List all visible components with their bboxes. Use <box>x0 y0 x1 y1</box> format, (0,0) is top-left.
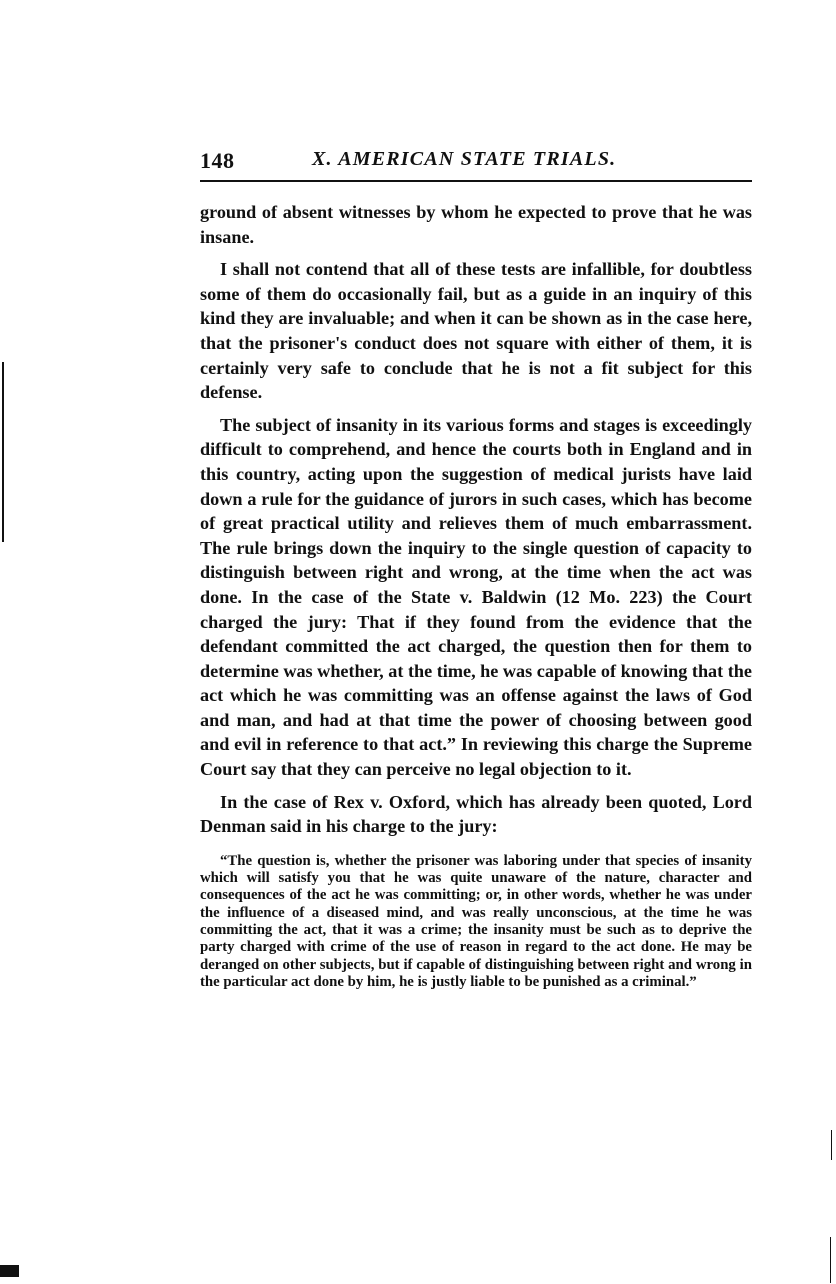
running-title: X. AMERICAN STATE TRIALS. <box>312 148 616 171</box>
paragraph-insanity-rule: The subject of insanity in its various f… <box>200 413 752 782</box>
header-rule <box>200 180 752 182</box>
page-header: 148 X. AMERICAN STATE TRIALS. <box>200 144 752 178</box>
scan-margin-line-right-upper <box>831 1130 832 1160</box>
paragraph-rex-v-oxford: In the case of Rex v. Oxford, which has … <box>200 790 752 839</box>
scan-corner-mark <box>0 1265 19 1277</box>
paragraph-continuation: ground of absent witnesses by whom he ex… <box>200 200 752 249</box>
block-quote-denman: “The question is, whether the prisoner w… <box>200 853 752 991</box>
paragraph-tests: I shall not contend that all of these te… <box>200 257 752 405</box>
body-text: ground of absent witnesses by whom he ex… <box>200 200 752 991</box>
scan-margin-line-right-lower <box>830 1237 831 1283</box>
page-number: 148 <box>200 148 235 174</box>
scan-margin-line-left <box>2 362 4 542</box>
book-page: 148 X. AMERICAN STATE TRIALS. ground of … <box>200 144 752 178</box>
